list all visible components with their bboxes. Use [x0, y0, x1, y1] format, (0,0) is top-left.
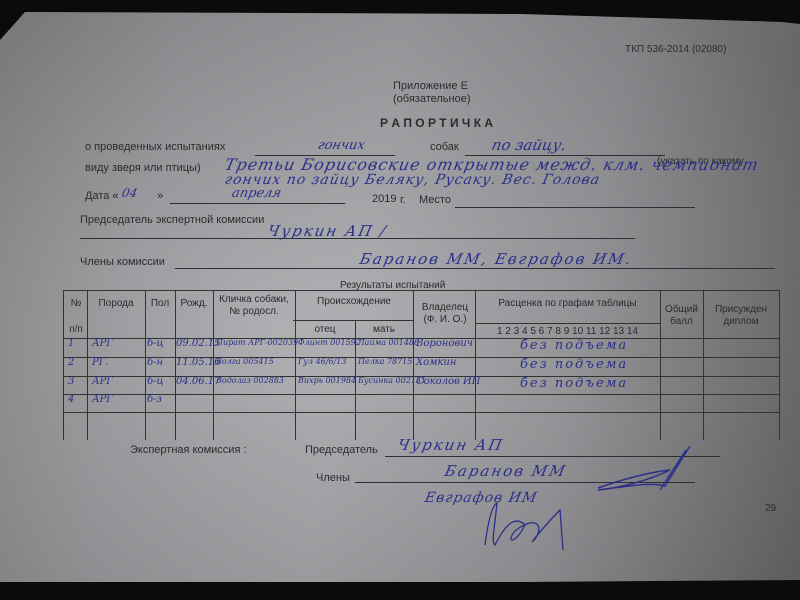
- row-sex: б-з: [147, 394, 162, 405]
- trial-label: о проведенных испытаниях: [85, 141, 225, 153]
- signature-loops-icon: [475, 495, 595, 555]
- col-scores: Расценка по графам таблицы: [475, 298, 660, 310]
- date-label: Дата «: [85, 190, 119, 202]
- place-line: [455, 207, 695, 208]
- row-born: 11.05.16: [176, 357, 221, 368]
- date-day: 04: [121, 186, 139, 200]
- row-breed: АРГ: [92, 338, 113, 349]
- col-mother: мать: [355, 324, 413, 336]
- row-owner: Соколов ИП: [416, 376, 481, 387]
- chair-name: Чуркин АП /: [266, 222, 389, 240]
- document-code: ТКП 536-2014 (02080): [625, 44, 726, 55]
- date-month: апреля: [230, 186, 282, 201]
- game-kind-label: виду зверя или птицы): [85, 162, 201, 174]
- col-score-numbers: 1 2 3 4 5 6 7 8 9 10 11 12 13 14: [475, 326, 660, 338]
- row-num: 1: [68, 338, 74, 349]
- row-scores: без подъема: [520, 338, 628, 353]
- row-father: Гул 46/6/13: [298, 357, 346, 366]
- chair-label: Председатель экспертной комиссии: [80, 214, 264, 226]
- page-number: 29: [765, 503, 776, 514]
- col-owner: Владелец (Ф. И. О.): [415, 302, 475, 326]
- col-born: Рожд.: [175, 298, 213, 310]
- row-num: 4: [68, 394, 74, 405]
- footer-chair-signature: Чуркин АП: [396, 436, 505, 454]
- row-dog-name: Пират АРГ-002039: [216, 338, 298, 347]
- col-num: №: [65, 298, 87, 310]
- appendix-note: (обязательное): [393, 93, 471, 105]
- footer-members-label: Члены: [316, 472, 350, 484]
- row-mother: Лайма 001486: [358, 338, 419, 347]
- members-line: [175, 268, 775, 269]
- month-line: [170, 203, 345, 204]
- row-dog-name: Водолаз 002883: [216, 376, 284, 385]
- row-num: 2: [68, 357, 74, 368]
- col-diploma: Присужден диплом: [703, 304, 779, 328]
- appendix-label: Приложение Е: [393, 80, 468, 92]
- row-father: Флинт 001592: [298, 338, 361, 347]
- date-close: »: [157, 190, 163, 202]
- row-sex: б-ц: [147, 376, 163, 387]
- dogs-label: собак: [430, 141, 459, 153]
- row-sex: б-н: [147, 357, 163, 368]
- row-breed: РГ.: [92, 357, 109, 368]
- row-breed: АРГ: [92, 394, 113, 405]
- row-mother: Пелка 78715: [358, 357, 412, 366]
- document-title: Р А П О Р Т И Ч К А: [380, 116, 493, 130]
- row-breed: АРГ: [92, 376, 113, 387]
- row-born: 09.02.15: [176, 338, 221, 349]
- footer-chair-label: Председатель: [305, 444, 378, 456]
- row-father: Вихрь 001984: [298, 376, 356, 385]
- col-origin: Происхождение: [295, 296, 413, 308]
- footer-member1-signature: Баранов ММ: [443, 462, 568, 480]
- row-dog-name: Волга 005415: [216, 357, 274, 366]
- row-owner: Воронович: [416, 338, 473, 349]
- row-born: 04.06.17: [176, 376, 221, 387]
- col-total: Общий балл: [660, 304, 703, 328]
- row-num: 3: [68, 376, 74, 387]
- date-year-suffix: г.: [400, 194, 406, 206]
- row-scores: без подъема: [520, 376, 628, 391]
- date-year: 2019: [372, 193, 396, 205]
- col-num-sub: п/п: [65, 324, 87, 336]
- row-owner: Хомкин: [416, 357, 456, 368]
- col-sex: Пол: [145, 298, 175, 310]
- signature-scribble-icon: [590, 440, 700, 510]
- place-label: Место: [419, 194, 451, 206]
- members-names: Баранов ММ, Евграфов ИМ.: [358, 250, 634, 268]
- trial-game: по зайцу.: [490, 136, 568, 154]
- members-label: Члены комиссии: [80, 256, 165, 268]
- row-sex: б-ц: [147, 338, 163, 349]
- col-breed: Порода: [87, 298, 145, 310]
- col-father: отец: [295, 324, 355, 336]
- col-name: Кличка собаки, № родосл.: [218, 294, 290, 318]
- commission-label: Экспертная комиссия :: [130, 444, 247, 456]
- row-scores: без подъема: [520, 357, 628, 372]
- trial-dog-type: гончих: [316, 138, 366, 153]
